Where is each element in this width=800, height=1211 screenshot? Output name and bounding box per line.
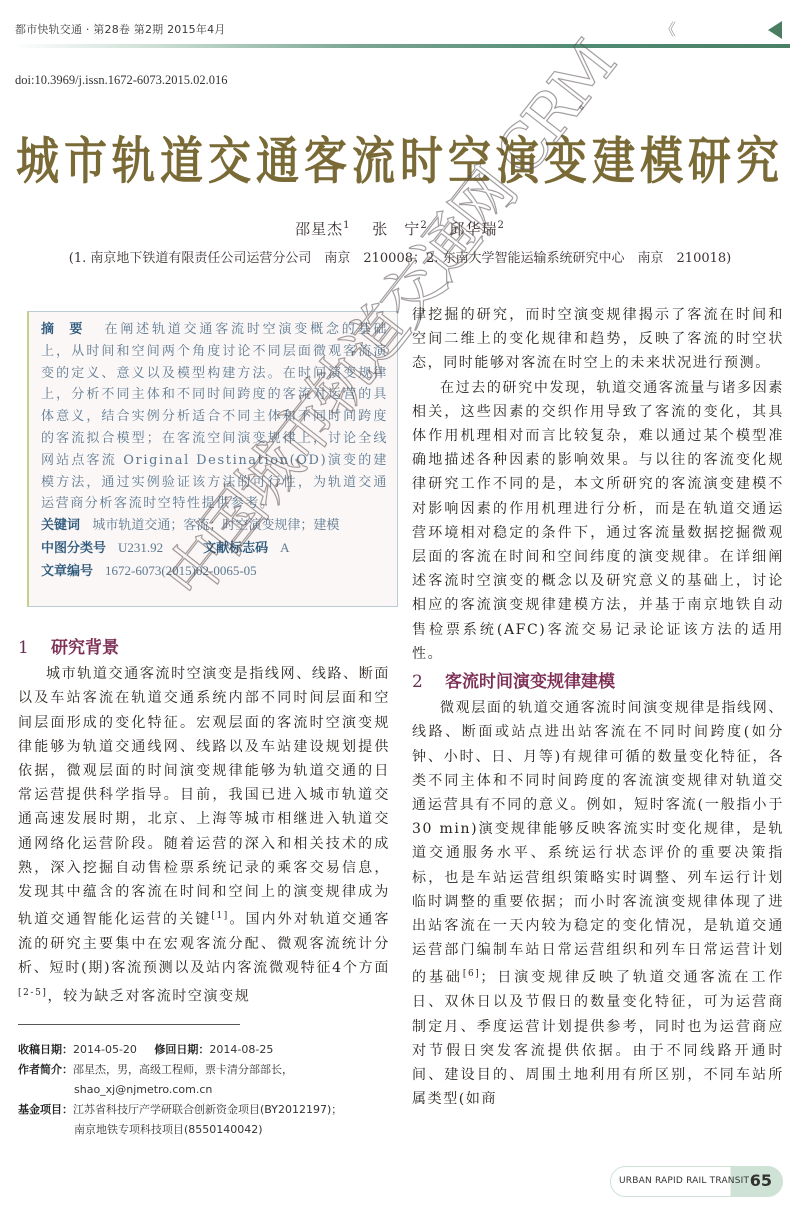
author-name: 张 宁 xyxy=(372,220,420,238)
bio-label: 作者简介： xyxy=(18,1063,73,1076)
citation-ref[interactable]: [1] xyxy=(211,911,229,921)
author-list: 邵星杰1 张 宁2 邱华瑞2 xyxy=(0,218,800,239)
clc-label: 中图分类号 xyxy=(41,541,106,556)
section-title: 研究背景 xyxy=(51,638,119,658)
body-paragraph: 在过去的研究中发现，轨道交通客流量与诸多因素相关，这些因素的交织作用导致了客流的… xyxy=(412,376,784,666)
body-paragraph: 城市轨道交通客流时空演变是指线网、线路、断面以及车站客流在轨道交通系统内部不同时… xyxy=(18,662,390,1008)
section-number: 1 xyxy=(18,636,51,660)
text-run: 微观层面的轨道交通客流时间演变规律是指线网、线路、断面或站点进出站客流在不同时间… xyxy=(412,700,784,986)
keywords: 城市轨道交通；客流；时空演变规律；建模 xyxy=(92,518,339,533)
citation-ref[interactable]: [6] xyxy=(463,969,481,979)
fund-text: 江苏省科技厅产学研联合创新资金项目(BY2012197)； xyxy=(73,1103,342,1116)
keywords-row: 关键词 城市轨道交通；客流；时空演变规律；建模 xyxy=(41,515,388,537)
left-column: 1研究背景 城市轨道交通客流时空演变是指线网、线路、断面以及车站客流在轨道交通系… xyxy=(18,632,390,1008)
affiliations: (1. 南京地下铁道有限责任公司运营分公司 南京 210008；2. 东南大学智… xyxy=(0,247,800,266)
doc-code-value: A xyxy=(280,540,289,555)
article-no-value: 1672-6073(2015)02-0065-05 xyxy=(105,563,257,578)
fund-label: 基金项目： xyxy=(18,1103,73,1116)
article-title: 城市轨道交通客流时空演变建模研究 xyxy=(0,122,800,194)
text-run: 城市轨道交通客流时空演变是指线网、线路、断面以及车站客流在轨道交通系统内部不同时… xyxy=(18,666,390,928)
bio-text: 邵星杰，男，高级工程师，票卡清分部部长， xyxy=(73,1063,293,1076)
double-chevron-left-icon: 《 xyxy=(660,17,676,40)
abstract-label: 摘 要 xyxy=(41,322,84,337)
footnotes: 收稿日期：2014-05-20 修回日期：2014-08-25 作者简介：邵星杰… xyxy=(18,1040,342,1140)
email[interactable]: shao_xj@njmetro.com.cn xyxy=(18,1080,342,1100)
citation-ref[interactable]: [2-5] xyxy=(18,988,48,998)
running-head: 都市快轨交通 · 第28卷 第2期 2015年4月 xyxy=(15,21,225,37)
author-name: 邱华瑞 xyxy=(449,220,497,238)
author-affil-mark: 2 xyxy=(420,220,427,231)
footnote-divider xyxy=(18,1024,240,1025)
right-column: 律挖掘的研究，而时空演变规律揭示了客流在时间和空间二维上的变化规律和趋势，反映了… xyxy=(412,303,784,1111)
article-no-label: 文章编号 xyxy=(41,564,93,579)
fund-row: 基金项目：江苏省科技厅产学研联合创新资金项目(BY2012197)； xyxy=(18,1100,342,1120)
classification-row: 中图分类号U231.92文献标志码A xyxy=(41,537,388,560)
abstract-box: 摘 要 在阐述轨道交通客流时空演变概念的基础上，从时间和空间两个角度讨论不同层面… xyxy=(27,311,398,607)
revised-label: 修回日期： xyxy=(154,1043,209,1056)
author-affil-mark: 2 xyxy=(497,220,504,231)
received-date: 2014-05-20 xyxy=(73,1043,137,1056)
doi: doi:10.3969/j.issn.1672-6073.2015.02.016 xyxy=(15,73,228,88)
journal-name-en: URBAN RAPID RAIL TRANSIT xyxy=(619,1176,749,1186)
text-run: ；日演变规律反映了轨道交通客流在工作日、双休日以及节假日的数量变化特征，可为运营… xyxy=(412,970,784,1107)
author-name: 邵星杰 xyxy=(295,220,343,238)
body-paragraph: 微观层面的轨道交通客流时间演变规律是指线网、线路、断面或站点进出站客流在不同时间… xyxy=(412,696,784,1111)
triangle-left-icon xyxy=(768,21,782,39)
text-run: ，较为缺乏对客流时空演变规 xyxy=(48,988,251,1004)
body-paragraph: 律挖掘的研究，而时空演变规律揭示了客流在时间和空间二维上的变化规律和趋势，反映了… xyxy=(412,303,784,376)
page-number: 65 xyxy=(750,1171,772,1190)
fund-text-2: 南京地铁专项科技项目(8550140042) xyxy=(18,1120,342,1140)
clc-value: U231.92 xyxy=(118,540,163,555)
revised-date: 2014-08-25 xyxy=(209,1043,273,1056)
journal-page-badge: URBAN RAPID RAIL TRANSIT 65 xyxy=(610,1166,783,1197)
received-label: 收稿日期： xyxy=(18,1043,73,1056)
doc-code-label: 文献标志码 xyxy=(203,541,268,556)
article-number-row: 文章编号1672-6073(2015)02-0065-05 xyxy=(41,560,388,583)
section-title: 客流时间演变规律建模 xyxy=(445,672,615,692)
abstract-paragraph: 摘 要 在阐述轨道交通客流时空演变概念的基础上，从时间和空间两个角度讨论不同层面… xyxy=(41,319,388,515)
abstract-text: 在阐述轨道交通客流时空演变概念的基础上，从时间和空间两个角度讨论不同层面微观客流… xyxy=(41,322,388,511)
author-affil-mark: 1 xyxy=(343,220,350,231)
header-gradient-bar xyxy=(10,44,790,48)
page-header: 都市快轨交通 · 第28卷 第2期 2015年4月 《 xyxy=(0,0,800,60)
section-heading-1: 1研究背景 xyxy=(18,636,390,660)
keywords-label: 关键词 xyxy=(41,518,80,533)
section-heading-2: 2客流时间演变规律建模 xyxy=(412,670,784,694)
dates-row: 收稿日期：2014-05-20 修回日期：2014-08-25 xyxy=(18,1040,342,1060)
section-number: 2 xyxy=(412,670,445,694)
bio-row: 作者简介：邵星杰，男，高级工程师，票卡清分部部长， xyxy=(18,1060,342,1080)
